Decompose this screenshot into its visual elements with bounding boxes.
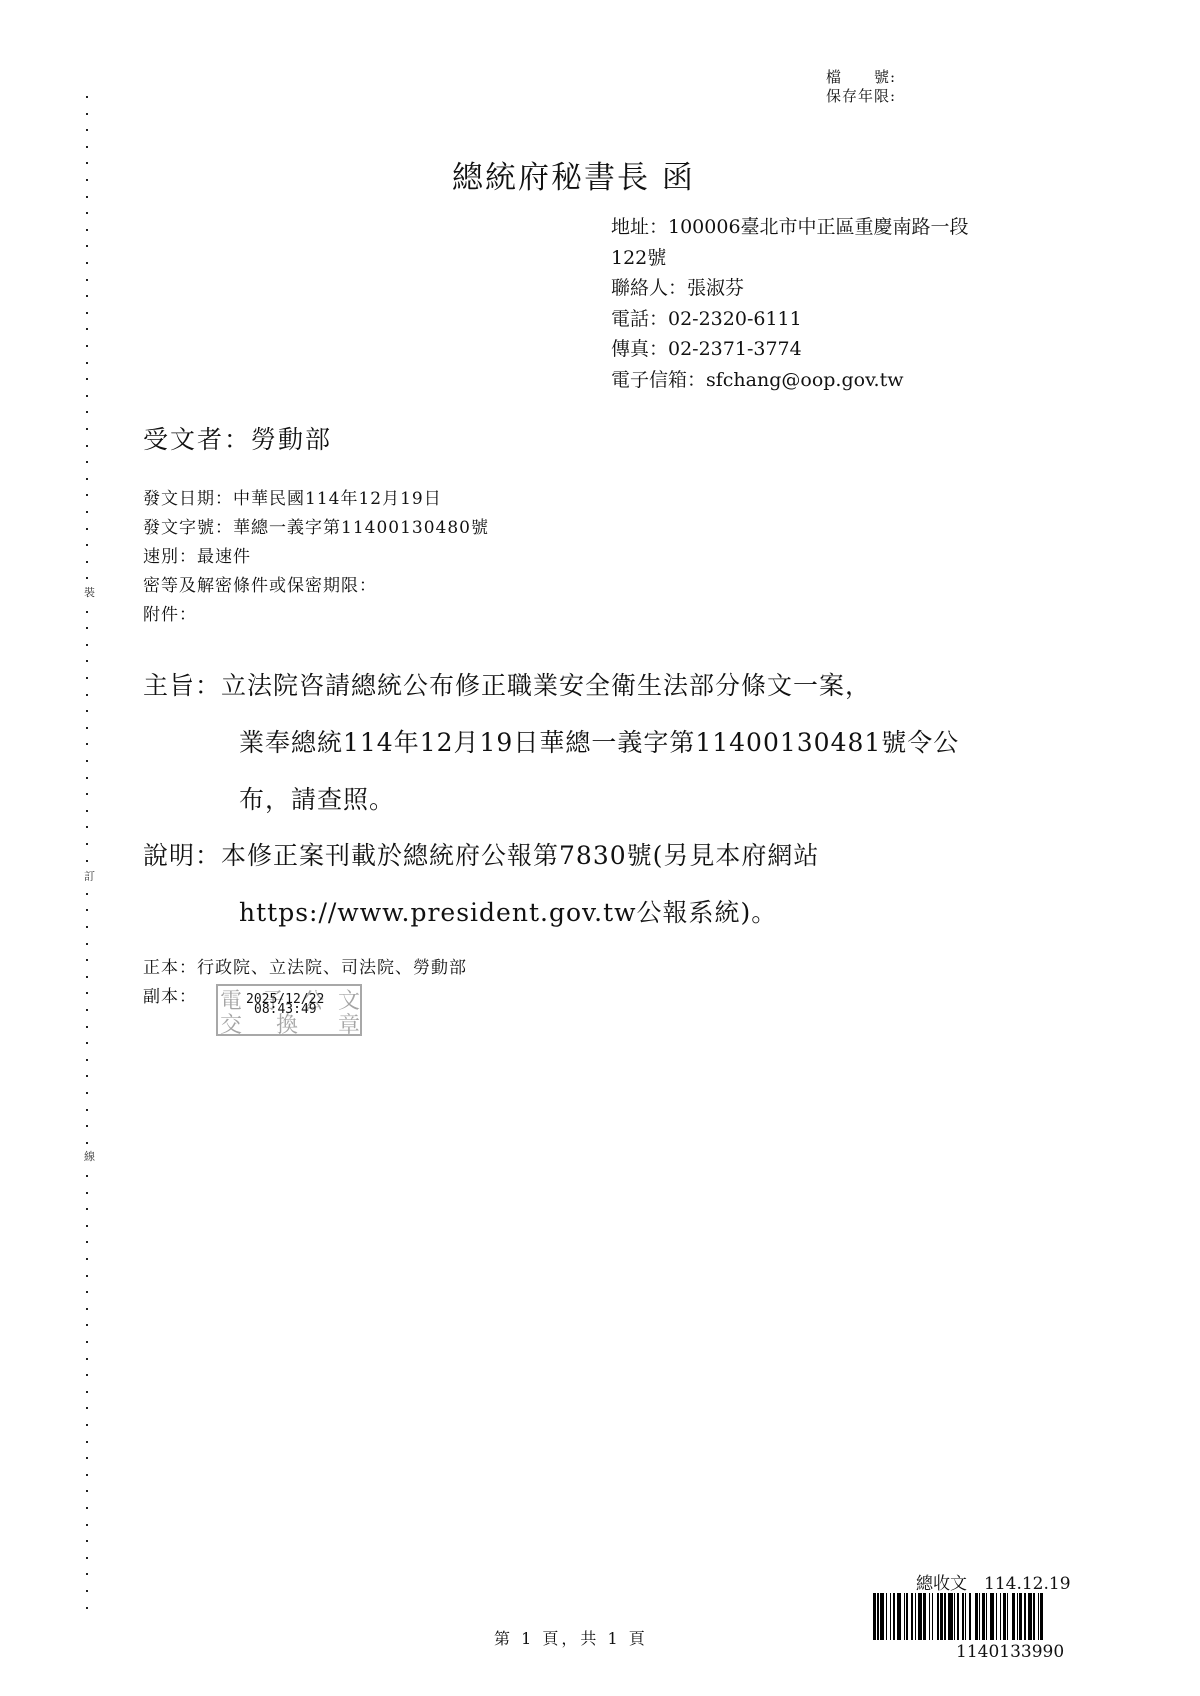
speed-class: 速別：最速件 [143, 543, 489, 572]
stamp-time: 08:43:49 [254, 1002, 317, 1017]
subject-line-2: 業奉總統114年12月19日華總一義字第11400130481號令公 [143, 714, 959, 771]
phone: 電話：02-2320-6111 [611, 304, 969, 335]
attachments: 附件： [143, 601, 489, 630]
margin-label-staple: 訂 [84, 868, 95, 884]
email: 電子信箱：sfchang@oop.gov.tw [611, 365, 969, 396]
stamp-char: 交 [220, 1008, 242, 1039]
document-number: 發文字號：華總一義字第11400130480號 [143, 514, 489, 543]
recipient: 受文者：勞動部 [143, 420, 332, 456]
fax: 傳真：02-2371-3774 [611, 334, 969, 365]
barcode-number: 1140133990 [956, 1642, 1064, 1662]
margin-label-bind: 裝 [84, 584, 95, 600]
address-line-2: 122號 [611, 243, 969, 274]
address-line-1: 地址：100006臺北市中正區重慶南路一段 [611, 212, 969, 243]
explanation-section: 說明：本修正案刊載於總統府公報第7830號(另見本府網站 https://www… [143, 827, 819, 941]
receipt-label: 總收文 114.12.19 [916, 1569, 1071, 1594]
filing-info: 檔 號: 保存年限: [826, 68, 896, 106]
explanation-line-1: 說明：本修正案刊載於總統府公報第7830號(另見本府網站 [143, 827, 819, 884]
file-number-label: 檔 號: [826, 68, 896, 87]
document-title: 總統府秘書長 函 [452, 152, 695, 197]
page-number: 第 1 頁，共 1 頁 [494, 1626, 648, 1649]
binding-margin-dots [86, 96, 90, 1616]
stamp-char: 章 [338, 1008, 360, 1039]
subject-line-1: 主旨：立法院咨請總統公布修正職業安全衛生法部分條文一案， [143, 657, 959, 714]
contact-person: 聯絡人：張淑芬 [611, 273, 969, 304]
barcode [873, 1593, 1099, 1640]
margin-label-line: 線 [84, 1148, 95, 1164]
explanation-line-2: https://www.president.gov.tw公報系統)。 [143, 884, 819, 941]
subject-section: 主旨：立法院咨請總統公布修正職業安全衛生法部分條文一案， 業奉總統114年12月… [143, 657, 959, 828]
retention-period-label: 保存年限: [826, 87, 896, 106]
sender-info: 地址：100006臺北市中正區重慶南路一段 122號 聯絡人：張淑芬 電話：02… [611, 212, 969, 395]
electronic-exchange-stamp: 電 子 公 文 交 換 章 2025/12/22 08:43:49 [216, 984, 362, 1036]
secrecy-level: 密等及解密條件或保密期限： [143, 572, 489, 601]
subject-line-3: 布，請查照。 [143, 771, 959, 828]
issue-date: 發文日期：中華民國114年12月19日 [143, 485, 489, 514]
document-meta: 發文日期：中華民國114年12月19日 發文字號：華總一義字第114001304… [143, 485, 489, 630]
original-recipients: 正本：行政院、立法院、司法院、勞動部 [143, 954, 467, 983]
